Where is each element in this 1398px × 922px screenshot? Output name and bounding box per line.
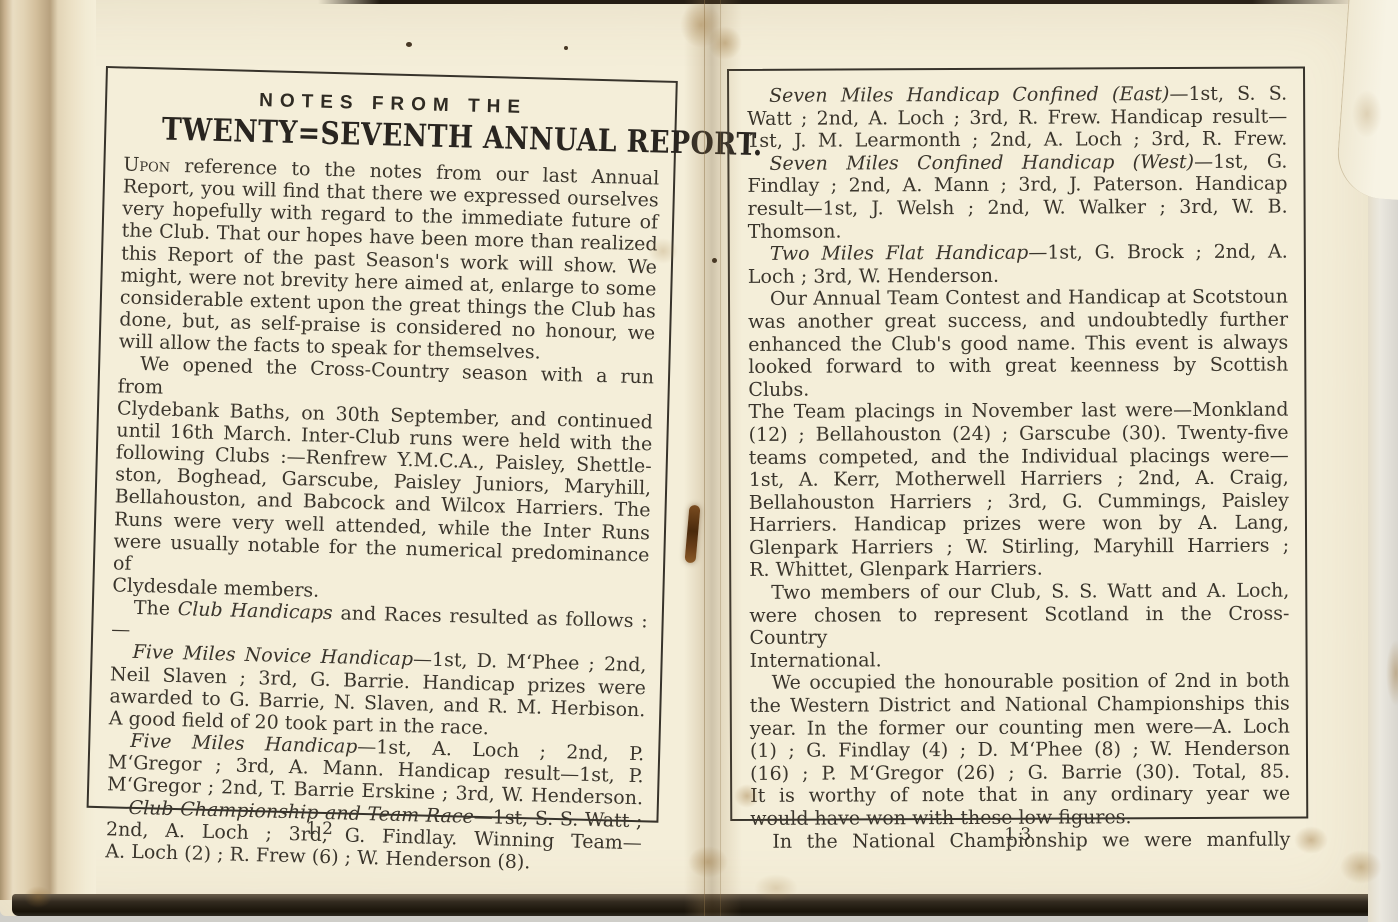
book-left-edge [0,0,96,900]
text-segment: Thomson. [748,220,842,242]
text-segment: Two Miles Flat Handicap [770,242,1029,265]
text-line: were chosen to represent Scotland in the… [749,602,1289,650]
text-segment: teams competed, and the Individual placi… [749,444,1289,468]
text-line: year. In the former our counting men wer… [750,715,1290,740]
text-line: (12) ; Bellahouston (24) ; Garscube (30)… [749,421,1289,446]
page-12-body: Upon reference to the notes from our las… [105,153,659,876]
text-segment: We occupied the honourable position of 2… [772,670,1290,694]
scanned-book-spread: NOTES FROM THE TWENTY=SEVENTH ANNUAL REP… [0,0,1398,922]
text-line: Thomson. [748,218,1288,243]
text-line: teams competed, and the Individual placi… [749,444,1289,469]
text-segment: It is worthy of note that in any ordinar… [750,783,1290,807]
text-line: enhanced the Club's good name. This even… [748,331,1288,356]
text-segment: Seven Miles Handicap Confined (East) [769,83,1169,107]
text-segment: 1st, A. Kerr, Motherwell Harriers ; 2nd,… [749,467,1289,491]
text-segment: Two members of our Club, S. S. Watt and … [771,580,1289,604]
text-segment: —1st, G. Brock ; 2nd, A. [1028,241,1288,264]
text-segment: Club Handicaps [177,598,333,624]
page-12: NOTES FROM THE TWENTY=SEVENTH ANNUAL REP… [86,66,682,848]
text-line: Findlay ; 2nd, A. Mann ; 3rd, J. Paterso… [747,173,1287,198]
text-line: International. [750,647,1290,672]
book-top-edge [318,0,1356,4]
page-13-border-frame: Seven Miles Handicap Confined (East)—1st… [727,66,1308,821]
text-line: Two Miles Flat Handicap—1st, G. Brock ; … [748,241,1288,266]
text-line: Our Annual Team Contest and Handicap at … [748,286,1288,311]
text-segment: R. Whittet, Glenpark Harriers. [749,558,1043,581]
text-line: Loch ; 3rd, W. Henderson. [748,263,1288,288]
text-line: the Western District and National Champi… [750,693,1290,718]
text-line: 1st, J. M. Learmonth ; 2nd, A. Loch ; 3r… [747,128,1287,153]
text-segment: Watt ; 2nd, A. Loch ; 3rd, R. Frew. Hand… [747,105,1287,129]
text-line: was another great success, and undoubted… [748,308,1288,333]
text-segment: Our Annual Team Contest and Handicap at … [770,286,1288,310]
text-line: R. Whittet, Glenpark Harriers. [749,557,1289,582]
text-line: Harriers. Handicap prizes were won by A.… [749,512,1289,537]
text-segment: Upon [123,153,170,176]
text-line: result—1st, J. Welsh ; 2nd, W. Walker ; … [748,196,1288,221]
text-segment: —1st, G. [1194,150,1287,172]
text-line: (16) ; P. M‘Gregor (26) ; G. Barrie (30)… [750,760,1290,785]
text-segment: would have won with these low figures. [750,806,1131,830]
text-line: (1) ; G. Findlay (4) ; D. M‘Phee (8) ; W… [750,738,1290,763]
text-segment: enhanced the Club's good name. This even… [748,331,1288,355]
text-segment: International. [750,649,882,672]
text-segment: Glenpark Harriers ; W. Stirling, Maryhil… [749,534,1289,558]
text-segment: year. In the former our counting men wer… [750,715,1290,739]
text-line: Watt ; 2nd, A. Loch ; 3rd, R. Frew. Hand… [747,105,1287,130]
text-segment: looked forward to with great keenness by… [748,354,1288,401]
text-segment: Findlay ; 2nd, A. Mann ; 3rd, J. Paterso… [747,173,1287,197]
text-line: Bellahouston Harriers ; 3rd, G. Cummings… [749,489,1289,514]
text-segment: Bellahouston Harriers ; 3rd, G. Cummings… [749,489,1289,513]
text-line: Glenpark Harriers ; W. Stirling, Maryhil… [749,534,1289,559]
text-line: It is worthy of note that in any ordinar… [750,783,1290,808]
gutter-fold-line [704,0,705,916]
text-segment: (12) ; Bellahouston (24) ; Garscube (30)… [749,421,1289,445]
text-segment: the Western District and National Champi… [750,693,1290,717]
text-line: The Team placings in November last were—… [748,399,1288,424]
text-segment: —1st, S. S. [1169,83,1287,106]
text-segment: (16) ; P. M‘Gregor (26) ; G. Barrie (30)… [750,760,1290,784]
text-segment: were chosen to represent Scotland in the… [749,602,1289,649]
text-line: looked forward to with great keenness by… [748,354,1288,402]
text-line: Two members of our Club, S. S. Watt and … [749,580,1289,605]
text-line: 1st, A. Kerr, Motherwell Harriers ; 2nd,… [749,467,1289,492]
text-segment: The [134,597,178,620]
text-segment: 1st, J. M. Learmonth ; 2nd, A. Loch ; 3r… [747,128,1287,152]
text-segment: was another great success, and undoubted… [748,308,1288,332]
text-line: We occupied the honourable position of 2… [750,670,1290,695]
book-gutter-shadow [684,0,742,916]
text-segment: Loch ; 3rd, W. Henderson. [748,265,999,288]
page-12-border-frame: NOTES FROM THE TWENTY=SEVENTH ANNUAL REP… [87,66,678,823]
text-segment: The Team placings in November last were—… [748,399,1288,423]
text-segment: (1) ; G. Findlay (4) ; D. M‘Phee (8) ; W… [750,738,1290,762]
page-13: Seven Miles Handicap Confined (East)—1st… [727,66,1310,846]
text-line: Seven Miles Handicap Confined (East)—1st… [747,83,1287,108]
page-13-body: Seven Miles Handicap Confined (East)—1st… [747,83,1290,854]
text-segment: result—1st, J. Welsh ; 2nd, W. Walker ; … [748,196,1288,220]
gutter-fold-line [720,0,721,916]
text-segment: Seven Miles Confined Handicap (West) [769,151,1194,175]
text-line: Seven Miles Confined Handicap (West)—1st… [747,150,1287,175]
text-segment: Harriers. Handicap prizes were won by A.… [749,512,1289,536]
